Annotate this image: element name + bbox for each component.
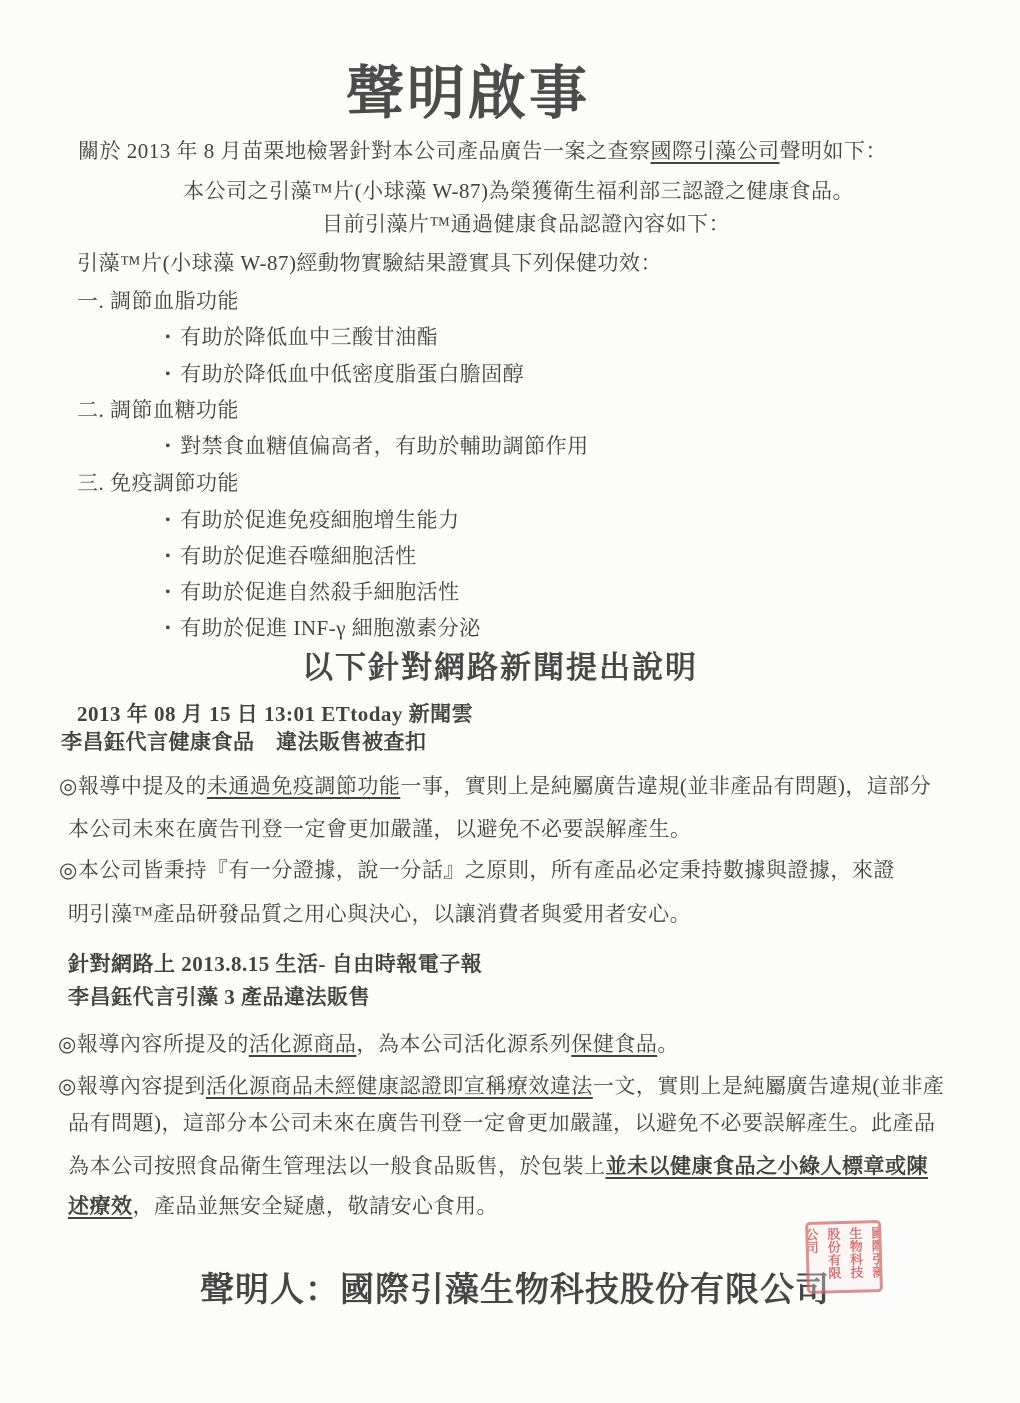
libertytimes-para2-line1: ◎報導內容提到活化源商品未經健康認證即宣稱療效違法一文，實則上是純屬廣告違規(並… <box>58 1074 944 1098</box>
effect-bullet: •有助於降低血中低密度脂蛋白膽固醇 <box>165 362 524 386</box>
effect-section-2-heading: 二. 調節血糖功能 <box>77 398 239 422</box>
effect-bullet-text: 有助於降低血中三酸甘油酯 <box>180 325 438 349</box>
effect-bullet-text: 有助於促進自然殺手細胞活性 <box>180 580 460 604</box>
intro-paragraph-2: 本公司之引藻™片(小球藻 W-87)為榮獲衛生福利部三認證之健康食品。 <box>183 179 854 203</box>
page-title: 聲明啟事 <box>346 46 590 130</box>
ltn-para2-line1-post: 一文，實則上是純屬廣告違規(並非產 <box>593 1074 945 1098</box>
bullet-icon: • <box>165 438 171 456</box>
effect-bullet-text: 有助於促進 INF-γ 細胞激素分泌 <box>180 616 481 640</box>
libertytimes-source-line: 針對網路上 2013.8.15 生活- 自由時報電子報 <box>68 952 482 976</box>
effect-bullet: •有助於降低血中三酸甘油酯 <box>165 325 438 349</box>
ltn-para2-line4-post: ，產品並無安全疑慮，敬請安心食用。 <box>133 1194 499 1218</box>
libertytimes-para2-line2: 品有問題)，這部分本公司未來在廣告刊登一定會更加嚴謹，以避免不必要誤解產生。此產… <box>68 1111 936 1135</box>
bullet-icon: • <box>165 366 171 384</box>
effect-bullet-text: 有助於促進吞噬細胞活性 <box>180 544 417 568</box>
document-page: 聲明啟事 關於 2013 年 8 月苗栗地檢署針對本公司產品廣告一案之查察國際引… <box>0 0 1020 1403</box>
effect-section-1-heading: 一. 調節血脂功能 <box>77 289 239 313</box>
bullet-icon: • <box>165 512 171 530</box>
ltn-para1-underlined2: 保健食品 <box>571 1032 657 1056</box>
ltn-para1-pre: ◎報導內容所提及的 <box>58 1032 249 1056</box>
ettoday-para2-line2: 明引藻™產品研發品質之用心與決心，以讓消費者與愛用者安心。 <box>68 902 691 926</box>
company-seal-stamp: 國際引藻生物科技股份有限公司 <box>805 1220 883 1294</box>
bullet-icon: • <box>165 620 171 638</box>
libertytimes-para1: ◎報導內容所提及的活化源商品，為本公司活化源系列保健食品。 <box>58 1032 679 1056</box>
ltn-para2-line3-bold-underlined: 並未以健康食品之小綠人標章或陳 <box>606 1154 929 1178</box>
effect-bullet-text: 對禁食血糖值偏高者，有助於輔助調節作用 <box>180 434 589 458</box>
ettoday-para2-line1: ◎本公司皆秉持『有一分證據，說一分話』之原則，所有產品必定秉持數據與證據，來證 <box>59 858 895 882</box>
intro-paragraph-1: 關於 2013 年 8 月苗栗地檢署針對本公司產品廣告一案之查察國際引藻公司聲明… <box>78 139 887 163</box>
libertytimes-para2-line4: 述療效，產品並無安全疑慮，敬請安心食用。 <box>68 1194 498 1218</box>
ltn-para2-line3-pre: 為本公司按照食品衛生管理法以一般食品販售，於包裝上 <box>68 1154 606 1178</box>
company-seal-text: 國際引藻生物科技股份有限公司 <box>805 1226 883 1288</box>
ettoday-para1-pre: ◎報導中提及的 <box>59 774 207 798</box>
effect-bullet: •有助於促進吞噬細胞活性 <box>165 544 417 568</box>
ettoday-para1-underlined: 未通過免疫調節功能 <box>207 774 401 798</box>
intro-p1-pre: 關於 2013 年 8 月苗栗地檢署針對本公司產品廣告一案之查察 <box>78 139 651 163</box>
ltn-para2-line1-underlined: 活化源商品未經健康認證即宣稱療效違法 <box>206 1074 593 1098</box>
ltn-para2-line4-bold-underlined: 述療效 <box>68 1194 133 1218</box>
ettoday-date-line: 2013 年 08 月 15 日 13:01 ETtoday 新聞雲 <box>77 702 473 726</box>
bullet-icon: • <box>165 548 171 566</box>
effect-bullet: •有助於促進 INF-γ 細胞激素分泌 <box>165 616 481 640</box>
effect-section-3-heading: 三. 免疫調節功能 <box>77 471 239 495</box>
ltn-para1-mid: ，為本公司活化源系列 <box>356 1032 571 1056</box>
declarant-signature-line: 聲明人：國際引藻生物科技股份有限公司 <box>200 1262 830 1311</box>
libertytimes-headline: 李昌鈺代言引藻 3 產品違法販售 <box>68 985 370 1009</box>
ettoday-para1-line2: 本公司未來在廣告刊登一定會更加嚴謹，以避免不必要誤解產生。 <box>68 817 692 841</box>
news-section-heading: 以下針對網路新聞提出說明 <box>302 650 698 686</box>
bullet-icon: • <box>165 329 171 347</box>
libertytimes-para2-line3: 為本公司按照食品衛生管理法以一般食品販售，於包裝上並未以健康食品之小綠人標章或陳 <box>68 1154 928 1178</box>
bullet-icon: • <box>165 584 171 602</box>
effect-bullet: •有助於促進自然殺手細胞活性 <box>165 580 460 604</box>
effect-bullet: •有助於促進免疫細胞增生能力 <box>165 508 460 532</box>
intro-paragraph-3: 目前引藻片™通過健康食品認證內容如下： <box>322 212 730 236</box>
intro-p1-post: 聲明如下： <box>780 139 888 163</box>
effect-bullet: •對禁食血糖值偏高者，有助於輔助調節作用 <box>165 434 589 458</box>
health-effects-intro: 引藻™片(小球藻 W-87)經動物實驗結果證實具下列保健功效： <box>77 251 662 275</box>
ettoday-headline: 李昌鈺代言健康食品 違法販售被查扣 <box>61 730 427 754</box>
ltn-para2-line1-pre: ◎報導內容提到 <box>58 1074 206 1098</box>
effect-bullet-text: 有助於促進免疫細胞增生能力 <box>180 508 460 532</box>
ettoday-para1-line1: ◎報導中提及的未通過免疫調節功能一事，實則上是純屬廣告違規(並非產品有問題)，這… <box>59 774 931 798</box>
intro-p1-company-underlined: 國際引藻公司 <box>651 139 780 163</box>
ettoday-para1-post: 一事，實則上是純屬廣告違規(並非產品有問題)，這部分 <box>400 774 931 798</box>
ltn-para1-underlined1: 活化源商品 <box>249 1032 357 1056</box>
effect-bullet-text: 有助於降低血中低密度脂蛋白膽固醇 <box>180 362 524 386</box>
ltn-para1-post: 。 <box>657 1032 679 1056</box>
